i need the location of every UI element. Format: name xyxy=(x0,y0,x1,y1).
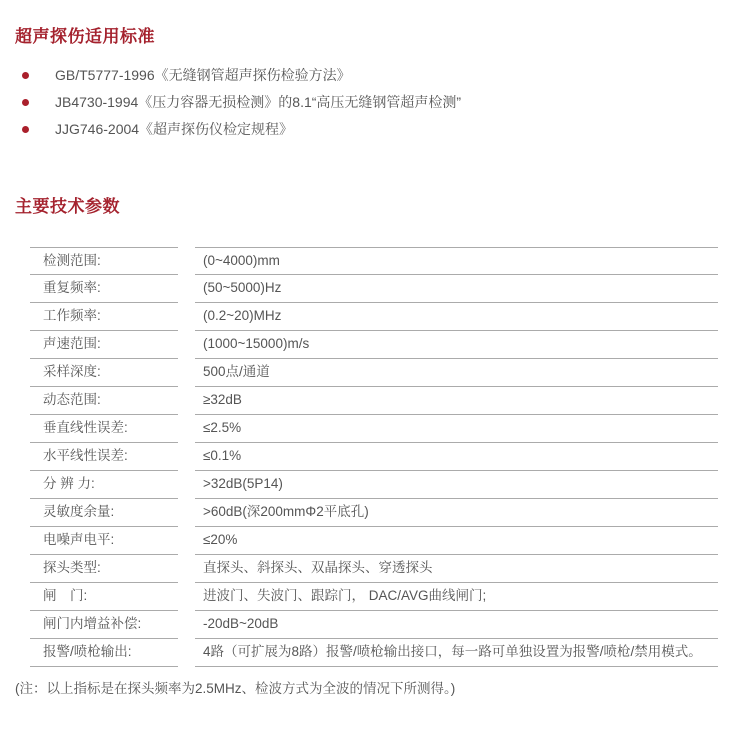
note-text: (注：以上指标是在探头频率为2.5MHz、检波方式为全波的情况下所测得。) xyxy=(15,680,750,697)
param-value: (1000~15000)m/s xyxy=(195,331,718,359)
table-row: 工作频率: (0.2~20)MHz xyxy=(30,303,718,331)
parameters-table: 检测范围: (0~4000)mm 重复频率: (50~5000)Hz 工作频率:… xyxy=(30,247,718,667)
param-value: 直探头、斜探头、双晶探头、穿透探头 xyxy=(195,555,718,583)
param-label: 分 辨 力: xyxy=(30,471,178,499)
param-label: 电噪声电平: xyxy=(30,527,178,555)
standards-section-title: 超声探伤适用标准 xyxy=(15,0,750,48)
table-row: 声速范围: (1000~15000)m/s xyxy=(30,331,718,359)
param-label: 动态范围: xyxy=(30,387,178,415)
standards-list: GB/T5777-1996《无缝钢管超声探伤检验方法》 JB4730-1994《… xyxy=(0,62,750,143)
param-value: -20dB~20dB xyxy=(195,611,718,639)
param-value: (50~5000)Hz xyxy=(195,275,718,303)
param-label: 采样深度: xyxy=(30,359,178,387)
param-label: 灵敏度余量: xyxy=(30,499,178,527)
table-row: 采样深度: 500点/通道 xyxy=(30,359,718,387)
list-item: JB4730-1994《压力容器无损检测》的8.1“高压无缝钢管超声检测” xyxy=(0,89,750,116)
table-row: 闸门内增益补偿: -20dB~20dB xyxy=(30,611,718,639)
standard-text: JJG746-2004《超声探伤仪检定规程》 xyxy=(55,116,293,143)
list-item: JJG746-2004《超声探伤仪检定规程》 xyxy=(0,116,750,143)
param-label: 水平线性误差: xyxy=(30,443,178,471)
table-row: 垂直线性误差: ≤2.5% xyxy=(30,415,718,443)
param-label: 检测范围: xyxy=(30,247,178,275)
table-row: 重复频率: (50~5000)Hz xyxy=(30,275,718,303)
table-row: 探头类型: 直探头、斜探头、双晶探头、穿透探头 xyxy=(30,555,718,583)
table-row: 检测范围: (0~4000)mm xyxy=(30,247,718,275)
page: 超声探伤适用标准 GB/T5777-1996《无缝钢管超声探伤检验方法》 JB4… xyxy=(0,0,750,740)
table-row: 灵敏度余量: >60dB(深200mmΦ2平底孔) xyxy=(30,499,718,527)
parameters-section-title: 主要技术参数 xyxy=(15,196,750,218)
table-row: 水平线性误差: ≤0.1% xyxy=(30,443,718,471)
standard-text: GB/T5777-1996《无缝钢管超声探伤检验方法》 xyxy=(55,62,351,89)
param-value: 进波门、失波门、跟踪门， DAC/AVG曲线闸门; xyxy=(195,583,718,611)
param-label: 工作频率: xyxy=(30,303,178,331)
standard-text: JB4730-1994《压力容器无损检测》的8.1“高压无缝钢管超声检测” xyxy=(55,89,461,116)
param-value: (0~4000)mm xyxy=(195,247,718,275)
param-value: >60dB(深200mmΦ2平底孔) xyxy=(195,499,718,527)
table-row: 报警/喷枪输出: 4路（可扩展为8路）报警/喷枪输出接口，每一路可单独设置为报警… xyxy=(30,639,718,667)
param-label: 闸 门: xyxy=(30,583,178,611)
bullet-icon xyxy=(22,126,29,133)
param-label: 重复频率: xyxy=(30,275,178,303)
param-label: 垂直线性误差: xyxy=(30,415,178,443)
table-row: 闸 门: 进波门、失波门、跟踪门， DAC/AVG曲线闸门; xyxy=(30,583,718,611)
param-value: 500点/通道 xyxy=(195,359,718,387)
param-value: ≤20% xyxy=(195,527,718,555)
param-label: 报警/喷枪输出: xyxy=(30,639,178,667)
table-row: 电噪声电平: ≤20% xyxy=(30,527,718,555)
param-value: (0.2~20)MHz xyxy=(195,303,718,331)
table-row: 动态范围: ≥32dB xyxy=(30,387,718,415)
bullet-icon xyxy=(22,72,29,79)
param-value: >32dB(5P14) xyxy=(195,471,718,499)
param-value: ≥32dB xyxy=(195,387,718,415)
bullet-icon xyxy=(22,99,29,106)
param-value: ≤0.1% xyxy=(195,443,718,471)
table-row: 分 辨 力: >32dB(5P14) xyxy=(30,471,718,499)
list-item: GB/T5777-1996《无缝钢管超声探伤检验方法》 xyxy=(0,62,750,89)
param-value: 4路（可扩展为8路）报警/喷枪输出接口，每一路可单独设置为报警/喷枪/禁用模式。 xyxy=(195,639,718,667)
param-label: 探头类型: xyxy=(30,555,178,583)
param-label: 声速范围: xyxy=(30,331,178,359)
param-value: ≤2.5% xyxy=(195,415,718,443)
param-label: 闸门内增益补偿: xyxy=(30,611,178,639)
